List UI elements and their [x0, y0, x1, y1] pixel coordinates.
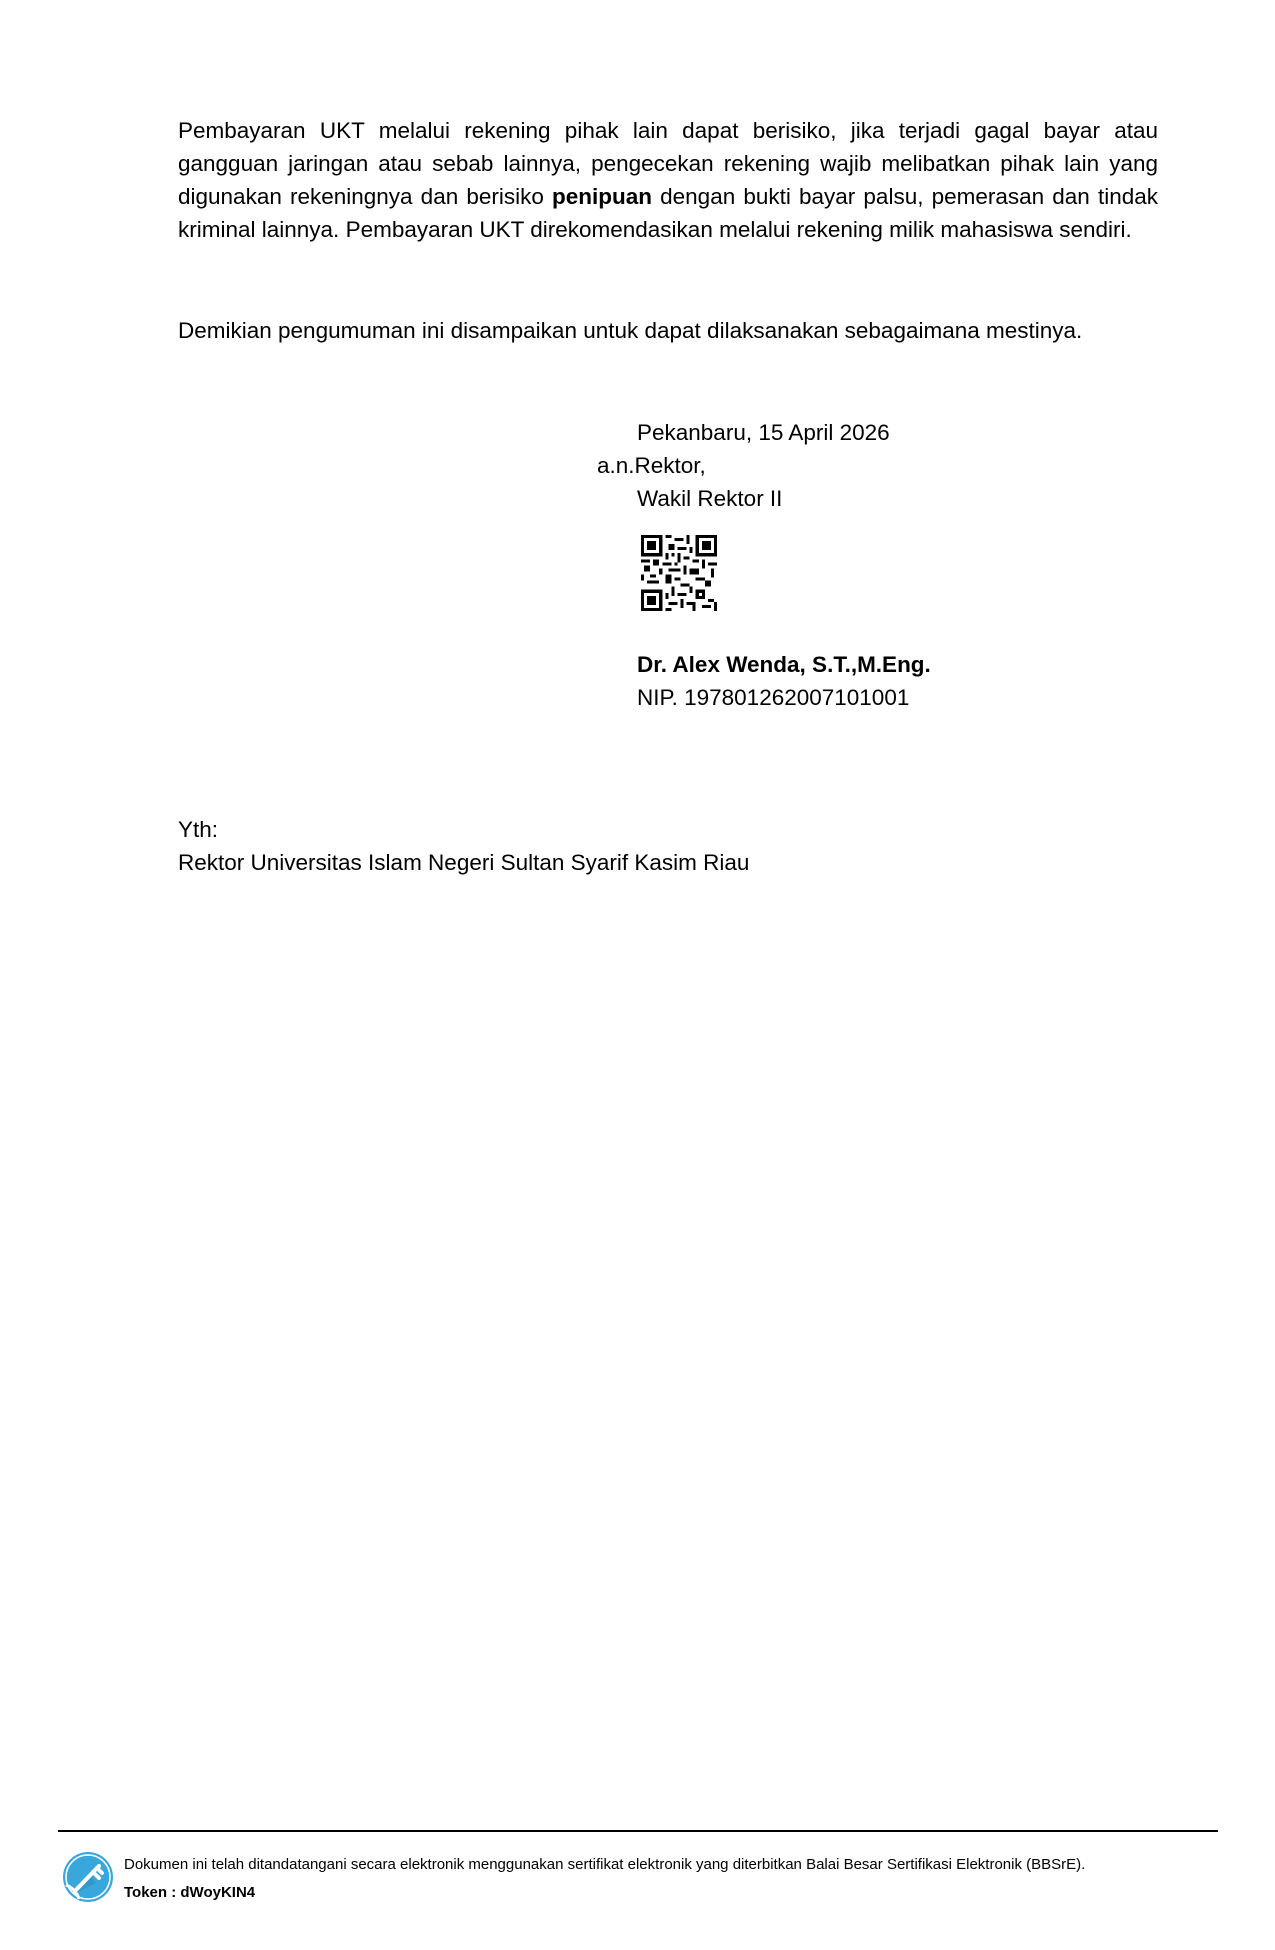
esign-token: Token : dWoyKIN4 — [124, 1883, 255, 1903]
bsre-key-icon — [62, 1851, 114, 1903]
signature-role: Wakil Rektor II — [637, 482, 782, 515]
signatory-nip: NIP. 197801262007101001 — [637, 681, 909, 714]
esign-notice: Dokumen ini telah ditandatangani secara … — [124, 1855, 1085, 1875]
recipient-name: Rektor Universitas Islam Negeri Sultan S… — [178, 846, 749, 879]
signatory-name: Dr. Alex Wenda, S.T.,M.Eng. — [637, 648, 931, 681]
recipient-label: Yth: — [178, 813, 218, 846]
footer-divider — [58, 1830, 1218, 1832]
signature-on-behalf: a.n.Rektor, — [597, 449, 706, 482]
emphasis-fraud: penipuan — [552, 184, 652, 209]
signature-place-date: Pekanbaru, 15 April 2026 — [637, 416, 890, 449]
qr-code-icon — [641, 535, 717, 611]
paragraph-payment-warning: Pembayaran UKT melalui rekening pihak la… — [178, 114, 1158, 246]
paragraph-closing: Demikian pengumuman ini disampaikan untu… — [178, 314, 1158, 347]
